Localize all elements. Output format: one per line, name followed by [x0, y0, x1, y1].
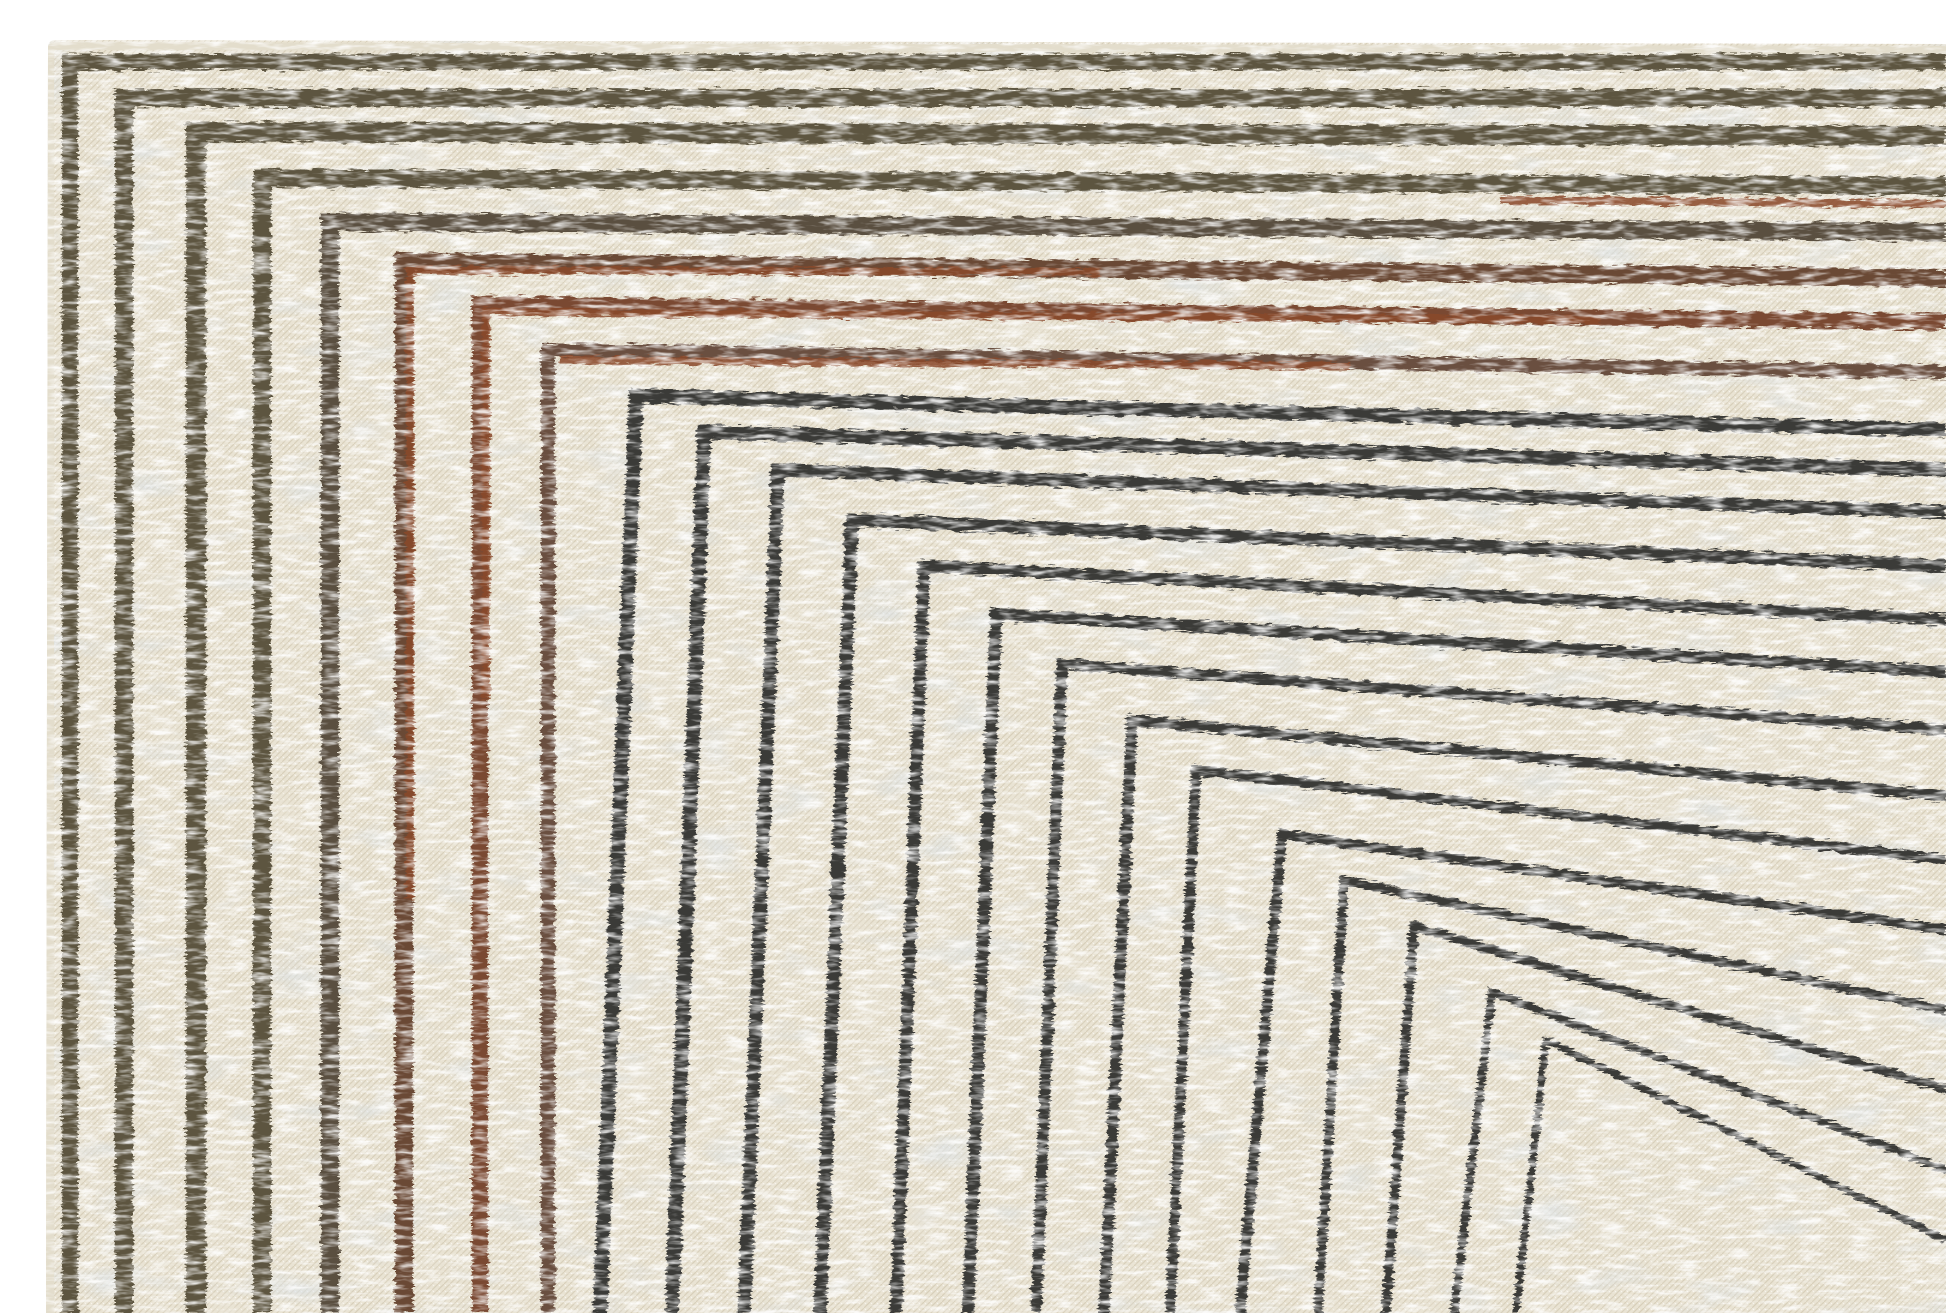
rug-photo: Rug corner with concentric brown, rust a… [0, 0, 1946, 1313]
rug-illustration [0, 0, 1946, 1313]
